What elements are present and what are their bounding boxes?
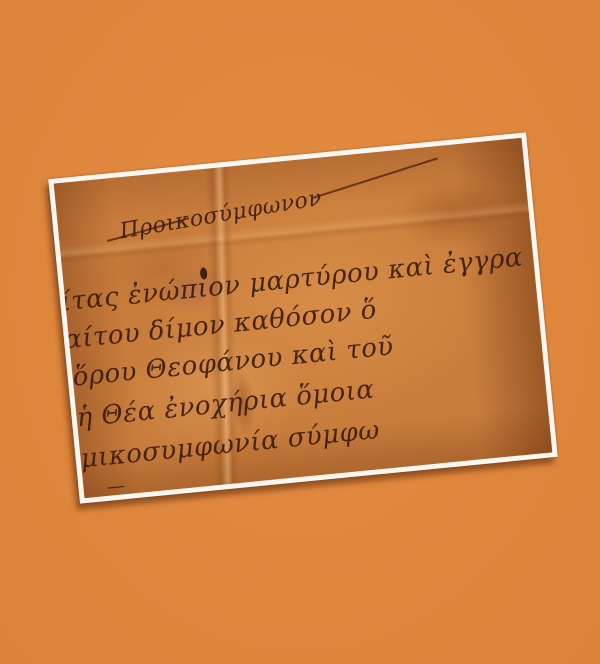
heading-flourish-right [311,158,437,199]
aged-paper: Προικοσύμφωνον ίτας ἐνώπιον μαρτύρου καὶ… [54,138,553,498]
manuscript-photo: Προικοσύμφωνον ίτας ἐνώπιον μαρτύρου καὶ… [48,132,558,503]
background: Προικοσύμφωνον ίτας ἐνώπιον μαρτύρου καὶ… [0,0,600,664]
manuscript-line: — [106,475,126,498]
